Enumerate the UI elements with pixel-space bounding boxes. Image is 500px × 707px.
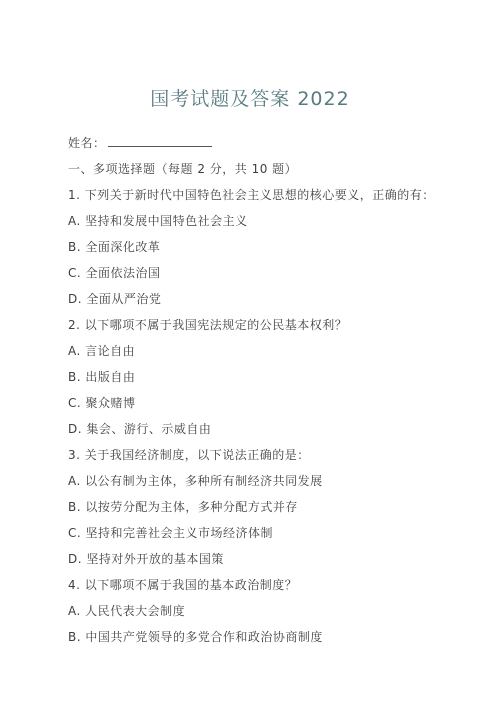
name-blank-underline <box>108 145 212 147</box>
question-text: 3. 关于我国经济制度，以下说法正确的是： <box>68 449 460 462</box>
questions-list: 1. 下列关于新时代中国特色社会主义思想的核心要义，正确的有：A. 坚持和发展中… <box>68 189 460 644</box>
option-item: A. 人民代表大会制度 <box>68 605 460 618</box>
question-text: 2. 以下哪项不属于我国宪法规定的公民基本权利？ <box>68 319 460 332</box>
option-item: A. 言论自由 <box>68 345 460 358</box>
option-item: A. 以公有制为主体，多种所有制经济共同发展 <box>68 475 460 488</box>
option-item: B. 出版自由 <box>68 371 460 384</box>
document-body: 姓名： 一、多项选择题（每题 2 分，共 10 题） 1. 下列关于新时代中国特… <box>0 111 500 644</box>
option-item: C. 聚众赌博 <box>68 397 460 410</box>
exam-document-page: 国考试题及答案 2022 姓名： 一、多项选择题（每题 2 分，共 10 题） … <box>0 0 500 707</box>
option-item: A. 坚持和发展中国特色社会主义 <box>68 215 460 228</box>
option-item: C. 全面依法治国 <box>68 267 460 280</box>
page-title: 国考试题及答案 2022 <box>0 0 500 111</box>
name-line: 姓名： <box>68 137 460 150</box>
option-item: C. 坚持和完善社会主义市场经济体制 <box>68 527 460 540</box>
option-item: D. 全面从严治党 <box>68 293 460 306</box>
option-item: B. 中国共产党领导的多党合作和政治协商制度 <box>68 631 460 644</box>
option-item: B. 以按劳分配为主体，多种分配方式并存 <box>68 501 460 514</box>
option-item: D. 坚持对外开放的基本国策 <box>68 553 460 566</box>
option-item: B. 全面深化改革 <box>68 241 460 254</box>
option-item: D. 集会、游行、示威自由 <box>68 423 460 436</box>
name-label: 姓名： <box>68 136 106 150</box>
question-text: 1. 下列关于新时代中国特色社会主义思想的核心要义，正确的有： <box>68 189 460 202</box>
section-heading: 一、多项选择题（每题 2 分，共 10 题） <box>68 163 460 176</box>
question-text: 4. 以下哪项不属于我国的基本政治制度？ <box>68 579 460 592</box>
